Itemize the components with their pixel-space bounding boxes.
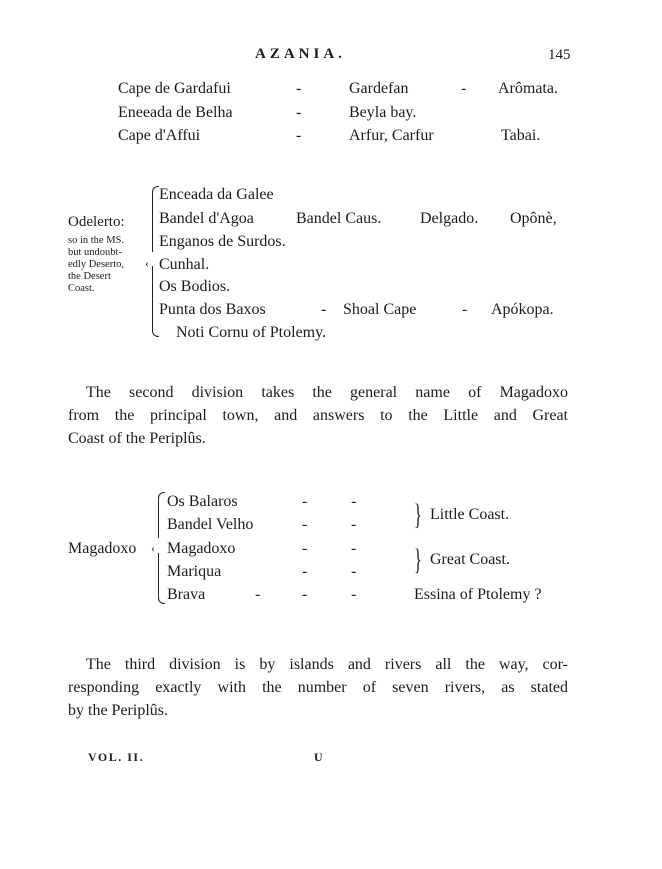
odelerto-note-line: the Desert bbox=[68, 271, 111, 283]
page-number: 145 bbox=[548, 47, 571, 64]
dash: - bbox=[302, 493, 307, 511]
dash: - bbox=[296, 127, 301, 145]
entry-extra: Delgado. bbox=[420, 210, 478, 228]
entry: Os Bodios. bbox=[159, 278, 230, 296]
dash: - bbox=[321, 301, 326, 319]
entry-ancient: Apókopa. bbox=[491, 301, 554, 319]
paragraph-line: The third division is by islands and riv… bbox=[68, 653, 568, 676]
entry: Magadoxo bbox=[167, 540, 235, 558]
entry: Cunhal. bbox=[159, 256, 209, 274]
dash: - bbox=[302, 516, 307, 534]
odelerto-note-line: Coast. bbox=[68, 283, 95, 295]
arabic-name: Gardefan bbox=[349, 80, 409, 98]
ancient-name: Tabai. bbox=[501, 127, 540, 145]
entry: Bandel d'Agoa bbox=[159, 210, 254, 228]
signature-mark: U bbox=[314, 750, 323, 765]
entry-extra: Bandel Caus. bbox=[296, 210, 381, 228]
entry: Bandel Velho bbox=[167, 516, 253, 534]
paragraph-line: from the principal town, and answers to … bbox=[68, 404, 568, 427]
arabic-name: Beyla bay. bbox=[349, 104, 416, 122]
magadoxo-label: Magadoxo bbox=[68, 540, 136, 558]
dash: - bbox=[255, 586, 260, 604]
ancient-name: Arômata. bbox=[498, 80, 558, 98]
dash: - bbox=[296, 104, 301, 122]
curly-brace-icon: } bbox=[414, 500, 422, 530]
group-label: Great Coast. bbox=[430, 551, 510, 569]
entry: Noti Cornu of Ptolemy. bbox=[176, 324, 326, 342]
odelerto-note-line: so in the MS. bbox=[68, 235, 124, 247]
dash: - bbox=[302, 563, 307, 581]
volume-marker: VOL. II. bbox=[88, 750, 144, 765]
dash: - bbox=[351, 516, 356, 534]
dash: - bbox=[351, 563, 356, 581]
group-label: Little Coast. bbox=[430, 506, 509, 524]
odelerto-label: Odelerto: bbox=[68, 214, 125, 231]
paragraph-line: by the Periplûs. bbox=[68, 699, 568, 722]
dash: - bbox=[462, 301, 467, 319]
dash: - bbox=[302, 586, 307, 604]
dash: - bbox=[461, 80, 466, 98]
paragraph-line: Coast of the Periplûs. bbox=[68, 427, 568, 450]
arabic-name: Arfur, Carfur bbox=[349, 127, 434, 145]
dash: - bbox=[302, 540, 307, 558]
dash: - bbox=[296, 80, 301, 98]
dash: - bbox=[351, 586, 356, 604]
running-head: AZANIA. bbox=[255, 46, 346, 63]
odelerto-note-line: but undoubt- bbox=[68, 247, 122, 259]
modern-name: Cape d'Affui bbox=[118, 127, 200, 145]
paragraph-line: The second division takes the general na… bbox=[68, 381, 568, 404]
paragraph-line: responding exactly with the number of se… bbox=[68, 676, 568, 699]
odelerto-note-line: edly Deserto, bbox=[68, 259, 124, 271]
entry: Enganos de Surdos. bbox=[159, 233, 286, 251]
paragraph: The second division takes the general na… bbox=[68, 381, 568, 450]
curly-brace-icon: } bbox=[414, 545, 422, 575]
entry: Enceada da Galee bbox=[159, 186, 274, 204]
modern-name: Cape de Gardafui bbox=[118, 80, 231, 98]
dash: - bbox=[351, 540, 356, 558]
entry-middle: Shoal Cape bbox=[343, 301, 416, 319]
modern-name: Eneeada de Belha bbox=[118, 104, 233, 122]
entry: Brava bbox=[167, 586, 205, 604]
entry: Punta dos Baxos bbox=[159, 301, 266, 319]
entry-extra: Opônè, bbox=[510, 210, 557, 228]
entry: Os Balaros bbox=[167, 493, 238, 511]
entry: Mariqua bbox=[167, 563, 221, 581]
brava-note: Essina of Ptolemy ? bbox=[414, 586, 542, 604]
dash: - bbox=[351, 493, 356, 511]
paragraph: The third division is by islands and riv… bbox=[68, 653, 568, 722]
